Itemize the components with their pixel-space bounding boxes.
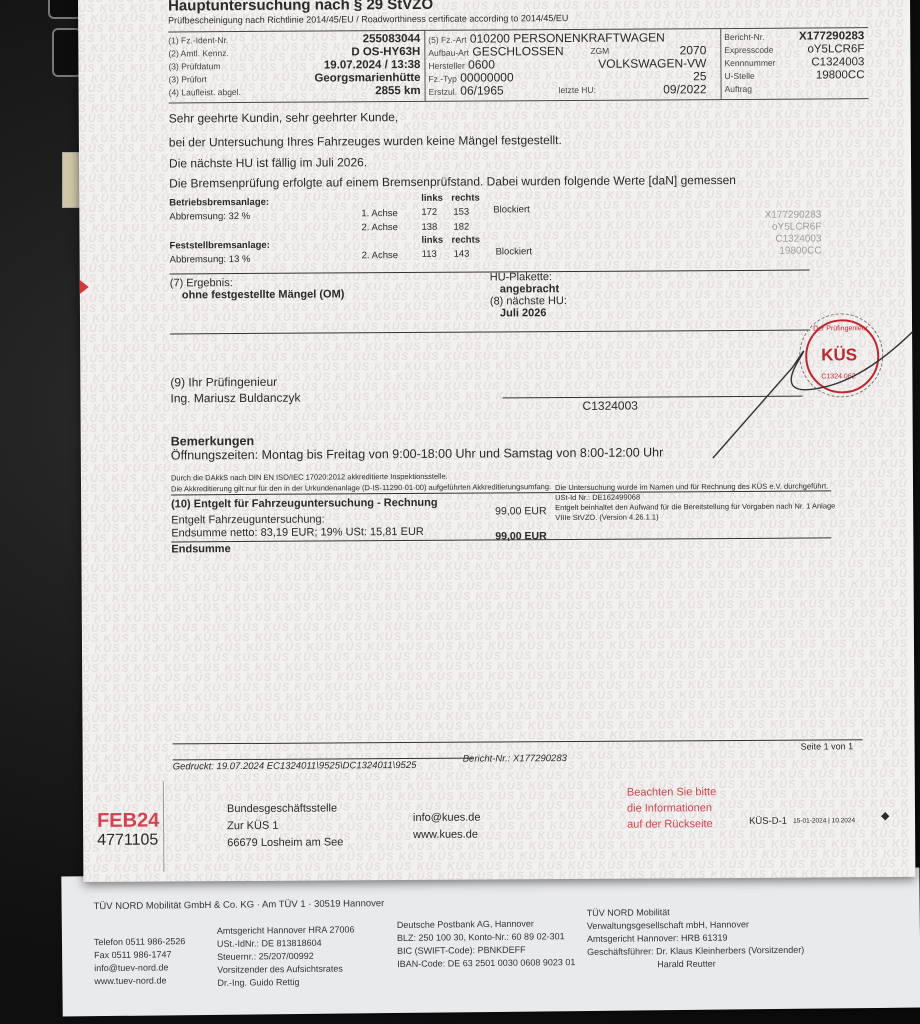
field-label: Erstzul.	[429, 87, 457, 97]
parking-brake-rate: Abbremsung: 13 %	[170, 254, 251, 265]
engineer-id: C1324003	[582, 399, 637, 413]
kus-contact: info@kues.de www.kues.de	[413, 810, 481, 844]
laptop-sticker	[62, 152, 80, 208]
field-mileage: (4) Laufleist. abgel.2855 km	[169, 85, 421, 100]
tuev-web: www.tuev-nord.de	[94, 974, 186, 988]
field-label: Hersteller	[428, 61, 464, 71]
field-label: letzte HU:	[559, 84, 596, 97]
parking-brake-title: Feststellbremsanlage:	[170, 240, 270, 252]
letter-line-1: bei der Untersuchung Ihres Fahrzeuges wu…	[169, 133, 562, 149]
field-value: VOLKSWAGEN-VW	[598, 57, 706, 71]
field-value: 06/1965	[460, 83, 503, 97]
invoice-note: Entgelt beinhaltet den Aufwand für die B…	[555, 501, 845, 513]
field-express-code: ExpresscodeoY5LCR6F	[724, 43, 864, 57]
invoice-netto: Endsumme netto: 83,19 EUR; 19% USt: 15,8…	[171, 526, 424, 540]
field-first-registration: Erstzul. 06/1965letzte HU:09/2022	[429, 83, 721, 98]
accreditation-line: Durch die DAkkS nach DIN EN ISO/IEC 1702…	[171, 472, 448, 483]
axle-label: 2. Achse	[361, 222, 398, 233]
field-label: Expresscode	[724, 45, 773, 55]
invoice-notes: Die Untersuchung wurde im Namen und für …	[555, 481, 845, 523]
field-order: Auftrag	[725, 82, 865, 96]
field-value: C1324003	[811, 56, 864, 69]
reverse-side-notice: Beachten Sie bitte die Informationen auf…	[627, 784, 717, 833]
field-label: Fz.-Typ	[428, 74, 456, 84]
service-brake-title: Betriebsbremsanlage:	[169, 197, 269, 209]
axle-label: 1. Achse	[361, 208, 398, 219]
field-value: 09/2022	[663, 83, 706, 96]
brake-results: Betriebsbremsanlage: links rechts Abbrem…	[169, 190, 809, 194]
address-line: Zur KÜS 1	[227, 817, 343, 835]
stamp-copy-line: 19800CC	[722, 245, 822, 258]
brake-note: Blockiert	[493, 204, 530, 215]
axle-label: 2. Achse	[362, 250, 399, 261]
invoice-note: VIIIe StVZO. (Version 4.26.1.1)	[555, 511, 845, 523]
tuev-header: TÜV NORD Mobilität GmbH & Co. KG · Am TÜ…	[94, 897, 385, 913]
field-value: 19.07.2024 / 13:38	[324, 59, 421, 73]
tuev-email: info@tuev-nord.de	[94, 961, 186, 975]
next-hu-label: (8) nächste HU:	[490, 295, 567, 307]
tuev-register-line: Amtsgericht Hannover HRA 27006	[217, 923, 355, 937]
plakette-value: angebracht	[490, 283, 567, 295]
field-value: GESCHLOSSEN	[472, 44, 563, 59]
document-title: Hauptuntersuchung nach § 29 StVZO	[168, 0, 433, 14]
field-value: 010200 PERSONENKRAFTWAGEN	[470, 30, 665, 45]
signature	[702, 307, 915, 468]
field-value: Georgsmarienhütte	[314, 72, 420, 86]
vehicle-info-left: (1) Fz.-Ident-Nr.255083044 (2) Amtl. Ken…	[168, 33, 420, 100]
invoice-total-value: 99,00 EUR	[495, 530, 546, 542]
remarks-title: Bemerkungen	[171, 434, 254, 449]
address-line: 66679 Losheim am See	[227, 834, 343, 852]
notice-line: die Informationen	[627, 800, 716, 817]
field-label: (4) Laufleist. abgel.	[169, 87, 241, 97]
document-subtitle: Prüfbescheinigung nach Richtlinie 2014/4…	[168, 13, 568, 25]
divider	[720, 29, 721, 99]
field-label: Bericht-Nr.	[724, 32, 764, 42]
tuev-phone: Telefon 0511 986-2526	[94, 935, 186, 949]
tuev-register: Amtsgericht Hannover HRA 27006 USt.-IdNr…	[217, 923, 355, 989]
brake-right-value: 182	[453, 222, 469, 233]
engineer-label: (9) Ihr Prüfingenieur	[170, 375, 277, 390]
notice-line: Beachten Sie bitte	[627, 784, 716, 801]
stamp-copy-line: oY5LCR6F	[721, 221, 821, 234]
result-section: (7) Ergebnis: ohne festgestellte Mängel …	[170, 276, 345, 301]
field-label: Kennnummer	[724, 58, 775, 68]
field-value: 255083044	[363, 33, 421, 46]
tuev-management: TÜV NORD Mobilität Verwaltungsgesellscha…	[587, 905, 805, 972]
field-label: (3) Prüfdatum	[168, 61, 220, 71]
page-number: Seite 1 von 1	[801, 741, 854, 751]
laptop-key	[48, 0, 82, 19]
divider	[163, 781, 165, 871]
brake-left-value: 172	[421, 207, 437, 218]
notice-line: auf der Rückseite	[627, 816, 716, 833]
letter-greeting: Sehr geehrte Kundin, sehr geehrter Kunde…	[169, 110, 399, 125]
diamond-icon: ◆	[881, 809, 890, 822]
kus-address: Bundesgeschäftsstelle Zur KÜS 1 66679 Lo…	[227, 800, 343, 852]
brake-right-value: 153	[453, 207, 469, 218]
field-label: (2) Amtl. Kennz.	[168, 48, 229, 58]
result-label: (7) Ergebnis:	[170, 276, 345, 289]
field-label: (3) Prüfort	[168, 74, 206, 84]
tuev-management-line: Harald Reutter	[587, 957, 804, 972]
brake-left-value: 113	[422, 249, 437, 260]
tuev-register-line: Dr.-Ing. Guido Rettig	[217, 975, 355, 989]
next-hu-value: Juli 2026	[490, 307, 567, 319]
plakette-label: HU-Plakette:	[490, 271, 567, 283]
tuev-bank-line: IBAN-Code: DE 63 2501 0030 0608 9023 01	[397, 956, 575, 971]
tuev-bank: Deutsche Postbank AG, Hannover BLZ: 250 …	[397, 917, 576, 971]
remarks-text: Öffnungszeiten: Montag bis Freitag von 9…	[171, 445, 664, 462]
tuev-contact: Telefon 0511 986-2526 Fax 0511 986-1747 …	[94, 935, 186, 988]
field-value: oY5LCR6F	[807, 43, 864, 56]
stamp-copy: X177290283 oY5LCR6F C1324003 19800CC	[721, 209, 821, 258]
invoice-note: Die Untersuchung wurde im Namen und für …	[555, 481, 845, 493]
vehicle-info-box: (1) Fz.-Ident-Nr.255083044 (2) Amtl. Ken…	[168, 27, 868, 103]
tuev-fax: Fax 0511 986-1747	[94, 948, 186, 962]
vehicle-info-middle: (5) Fz.-Art 010200 PERSONENKRAFTWAGEN Au…	[428, 31, 720, 98]
field-value: X177290283	[799, 30, 864, 43]
brake-left-value: 138	[421, 222, 437, 233]
form-dates: 15-01-2024 | 10.2024	[793, 817, 855, 824]
field-label: (5) Fz.-Art	[428, 35, 466, 45]
field-label: Aufbau-Art	[428, 48, 469, 58]
field-id-number: KennnummerC1324003	[724, 56, 864, 70]
form-code: FEB24	[97, 810, 159, 833]
stamp-copy-line: X177290283	[721, 209, 821, 222]
website-link[interactable]: www.kues.de	[413, 827, 481, 844]
stamp-copy-line: C1324003	[721, 233, 821, 246]
field-value: D OS-HY63H	[351, 46, 420, 59]
letter-line-2: Die nächste HU ist fällig im Juli 2026.	[169, 155, 367, 170]
address-line: Bundesgeschäftsstelle	[227, 800, 343, 818]
tuev-bank-line: BLZ: 250 100 30, Konto-Nr.: 60 89 02-301	[397, 930, 575, 945]
invoice-title: (10) Entgelt für Fahrzeuguntersuchung - …	[171, 497, 438, 511]
col-header-right: rechts	[451, 235, 480, 246]
engineer-name: Ing. Mariusz Buldanczyk	[170, 391, 300, 406]
vehicle-info-right: Bericht-Nr.X177290283 ExpresscodeoY5LCR6…	[724, 30, 864, 96]
tuev-nord-sheet: TÜV NORD Mobilität GmbH & Co. KG · Am TÜ…	[61, 868, 920, 1017]
red-marker-icon	[80, 280, 89, 294]
print-info: Gedruckt: 19.07.2024 EC1324011\9525\DC13…	[173, 760, 417, 772]
form-number: 4771105	[97, 832, 158, 850]
divider	[173, 739, 863, 744]
result-value: ohne festgestellte Mängel (OM)	[170, 288, 345, 301]
brake-note: Blockiert	[496, 246, 533, 257]
tuev-management-line: Geschäftsführer: Dr. Klaus Kleinherbers …	[587, 944, 804, 959]
field-station: U-Stelle19800CC	[724, 69, 864, 83]
invoice-item-label: Entgelt Fahrzeuguntersuchung:	[171, 514, 325, 527]
divider	[424, 31, 425, 101]
invoice-item-value: 99,00 EUR	[495, 505, 546, 517]
plakette-block: HU-Plakette: angebracht (8) nächste HU: …	[490, 271, 567, 319]
invoice-total-label: Endsumme	[171, 543, 230, 555]
col-header-left: links	[421, 193, 443, 204]
field-report-number: Bericht-Nr.X177290283	[724, 30, 864, 44]
form-id: KÜS-D-1	[749, 816, 787, 827]
brake-right-value: 143	[454, 249, 470, 260]
field-label: U-Stelle	[724, 71, 754, 81]
col-header-left: links	[421, 235, 443, 246]
inspection-certificate: KÜS KÜS KÜS KÜS KÜS KÜS KÜS KÜS KÜS KÜS …	[78, 0, 915, 882]
email-link[interactable]: info@kues.de	[413, 810, 481, 827]
service-brake-rate: Abbremsung: 32 %	[169, 211, 250, 222]
field-value: 19800CC	[816, 69, 865, 82]
field-label: Auftrag	[725, 84, 752, 94]
field-label: (1) Fz.-Ident-Nr.	[168, 35, 228, 45]
letter-line-3: Die Bremsenprüfung erfolgte auf einem Br…	[169, 173, 736, 190]
print-report-number: Bericht-Nr.: X177290283	[463, 753, 567, 765]
field-value: 2855 km	[375, 85, 420, 98]
tuev-register-line: Vorsitzender des Aufsichtsrates	[217, 962, 355, 976]
col-header-right: rechts	[451, 193, 480, 204]
